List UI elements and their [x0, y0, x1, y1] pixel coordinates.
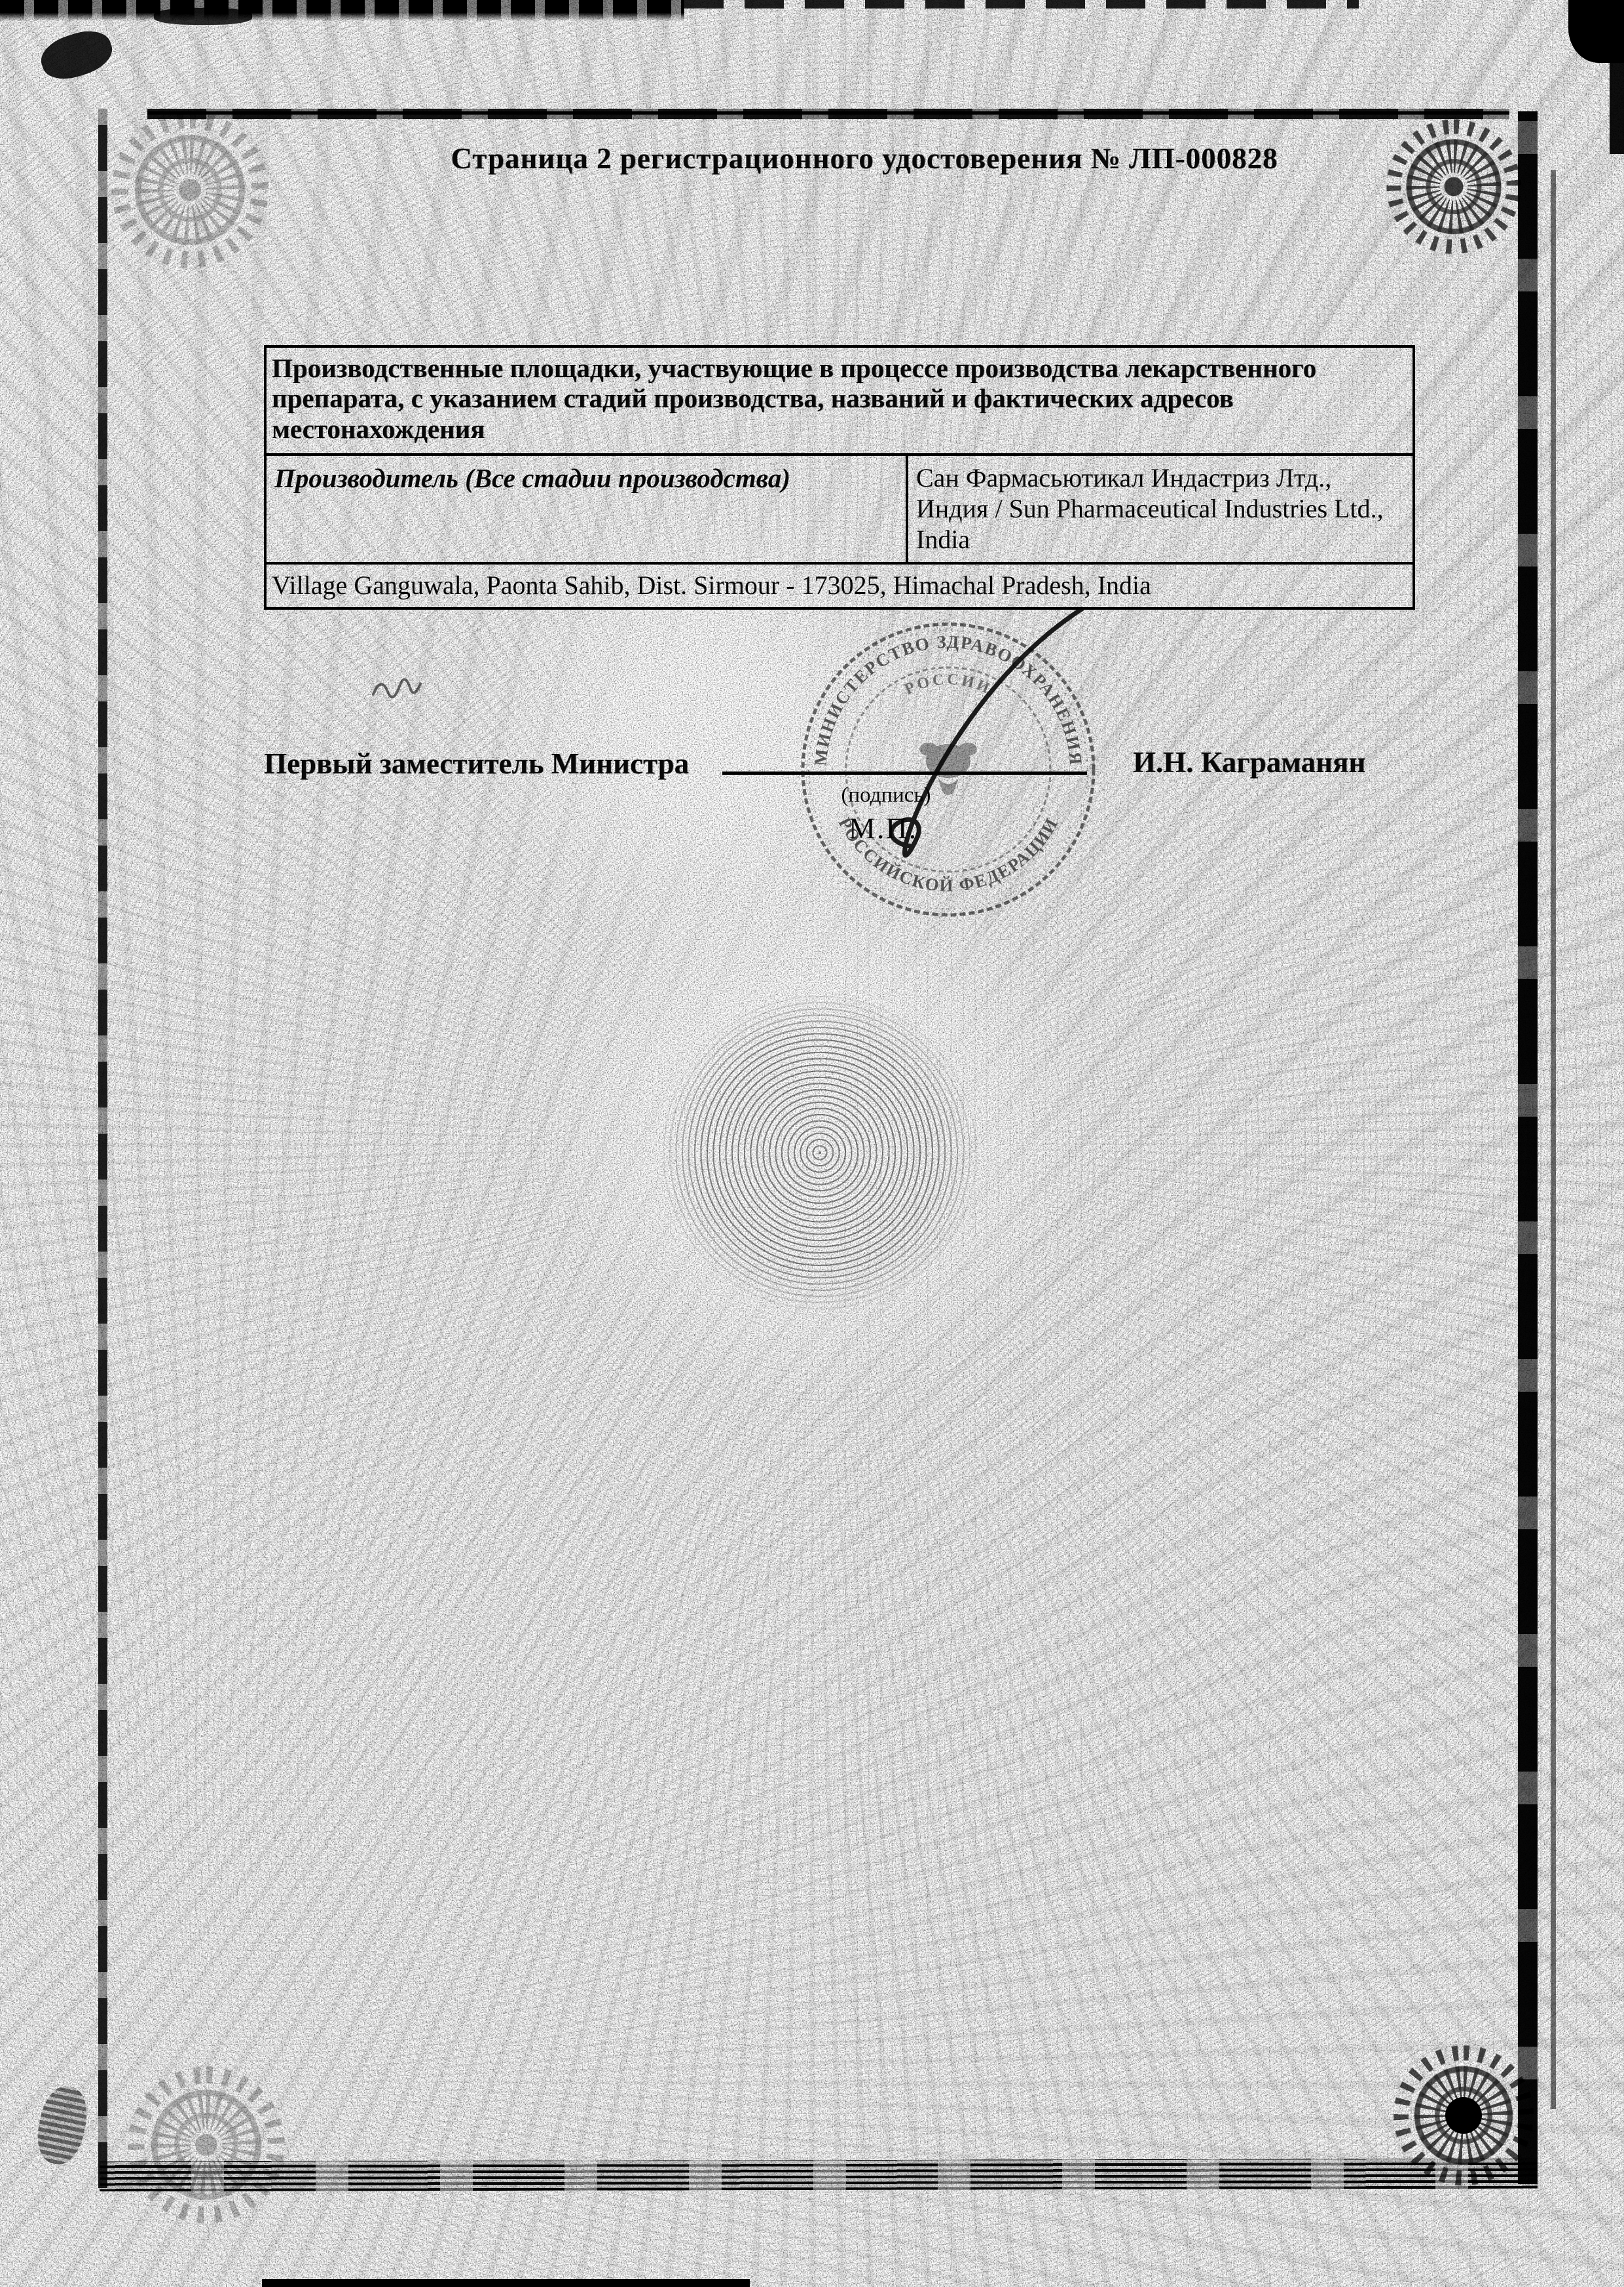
svg-text:РОССИЙСКОЙ ФЕДЕРАЦИИ: РОССИЙСКОЙ ФЕДЕРАЦИИ: [834, 814, 1061, 895]
document-frame-top: [147, 109, 1509, 119]
scan-edge-right-strip: [1610, 0, 1624, 154]
scan-edge-bottom-strip: [262, 2279, 750, 2287]
table-caption: Производственные площадки, участвующие в…: [267, 348, 1412, 456]
watermark-concentric-rings: [663, 995, 977, 1310]
svg-text:РОССИИ: РОССИИ: [902, 671, 994, 698]
seal-rim-text-bottom: РОССИЙСКОЙ ФЕДЕРАЦИИ: [834, 814, 1061, 895]
scan-blob-bottom-left: [31, 2082, 92, 2168]
corner-rosette-top-right: [1375, 108, 1532, 265]
document-frame-right-outer-line: [1551, 170, 1556, 2109]
production-sites-table: Производственные площадки, участвующие в…: [264, 345, 1415, 610]
ink-flourish-mark: [367, 661, 471, 707]
certificate-page-scan: Страница 2 регистрационного удостоверени…: [0, 0, 1624, 2287]
corner-rosette-bottom-left: [115, 2053, 298, 2237]
seal-inner-arc-text: РОССИИ: [902, 671, 994, 698]
scan-blob-top-left-2: [154, 8, 252, 25]
producer-name-cell: Сан Фармасьютикал Индастриз Лтд., Индия …: [908, 456, 1412, 562]
document-frame-right: [1518, 111, 1538, 2184]
document-frame-left: [98, 109, 107, 2188]
scan-edge-top-dashes: [684, 0, 1359, 9]
corner-rosette-top-left: [98, 98, 282, 282]
scan-edge-top-band: [0, 0, 684, 21]
scan-blob-top-left-1: [36, 24, 117, 86]
producer-role-cell: Производитель (Все стадии производства): [267, 456, 908, 562]
punch-hole-dot: [1445, 2097, 1482, 2134]
table-row-producer: Производитель (Все стадии производства) …: [267, 456, 1412, 565]
document-frame-bottom: [100, 2159, 1538, 2192]
scan-corner-blob-top-right: [1568, 0, 1624, 63]
page-title: Страница 2 регистрационного удостоверени…: [105, 141, 1624, 176]
ministry-round-seal: МИНИСТЕРСТВО ЗДРАВООХРАНЕНИЯ РОССИЙСКОЙ …: [753, 589, 1172, 956]
document-frame-top-line: [147, 111, 1509, 115]
signatory-role-label: Первый заместитель Министра: [264, 747, 689, 781]
